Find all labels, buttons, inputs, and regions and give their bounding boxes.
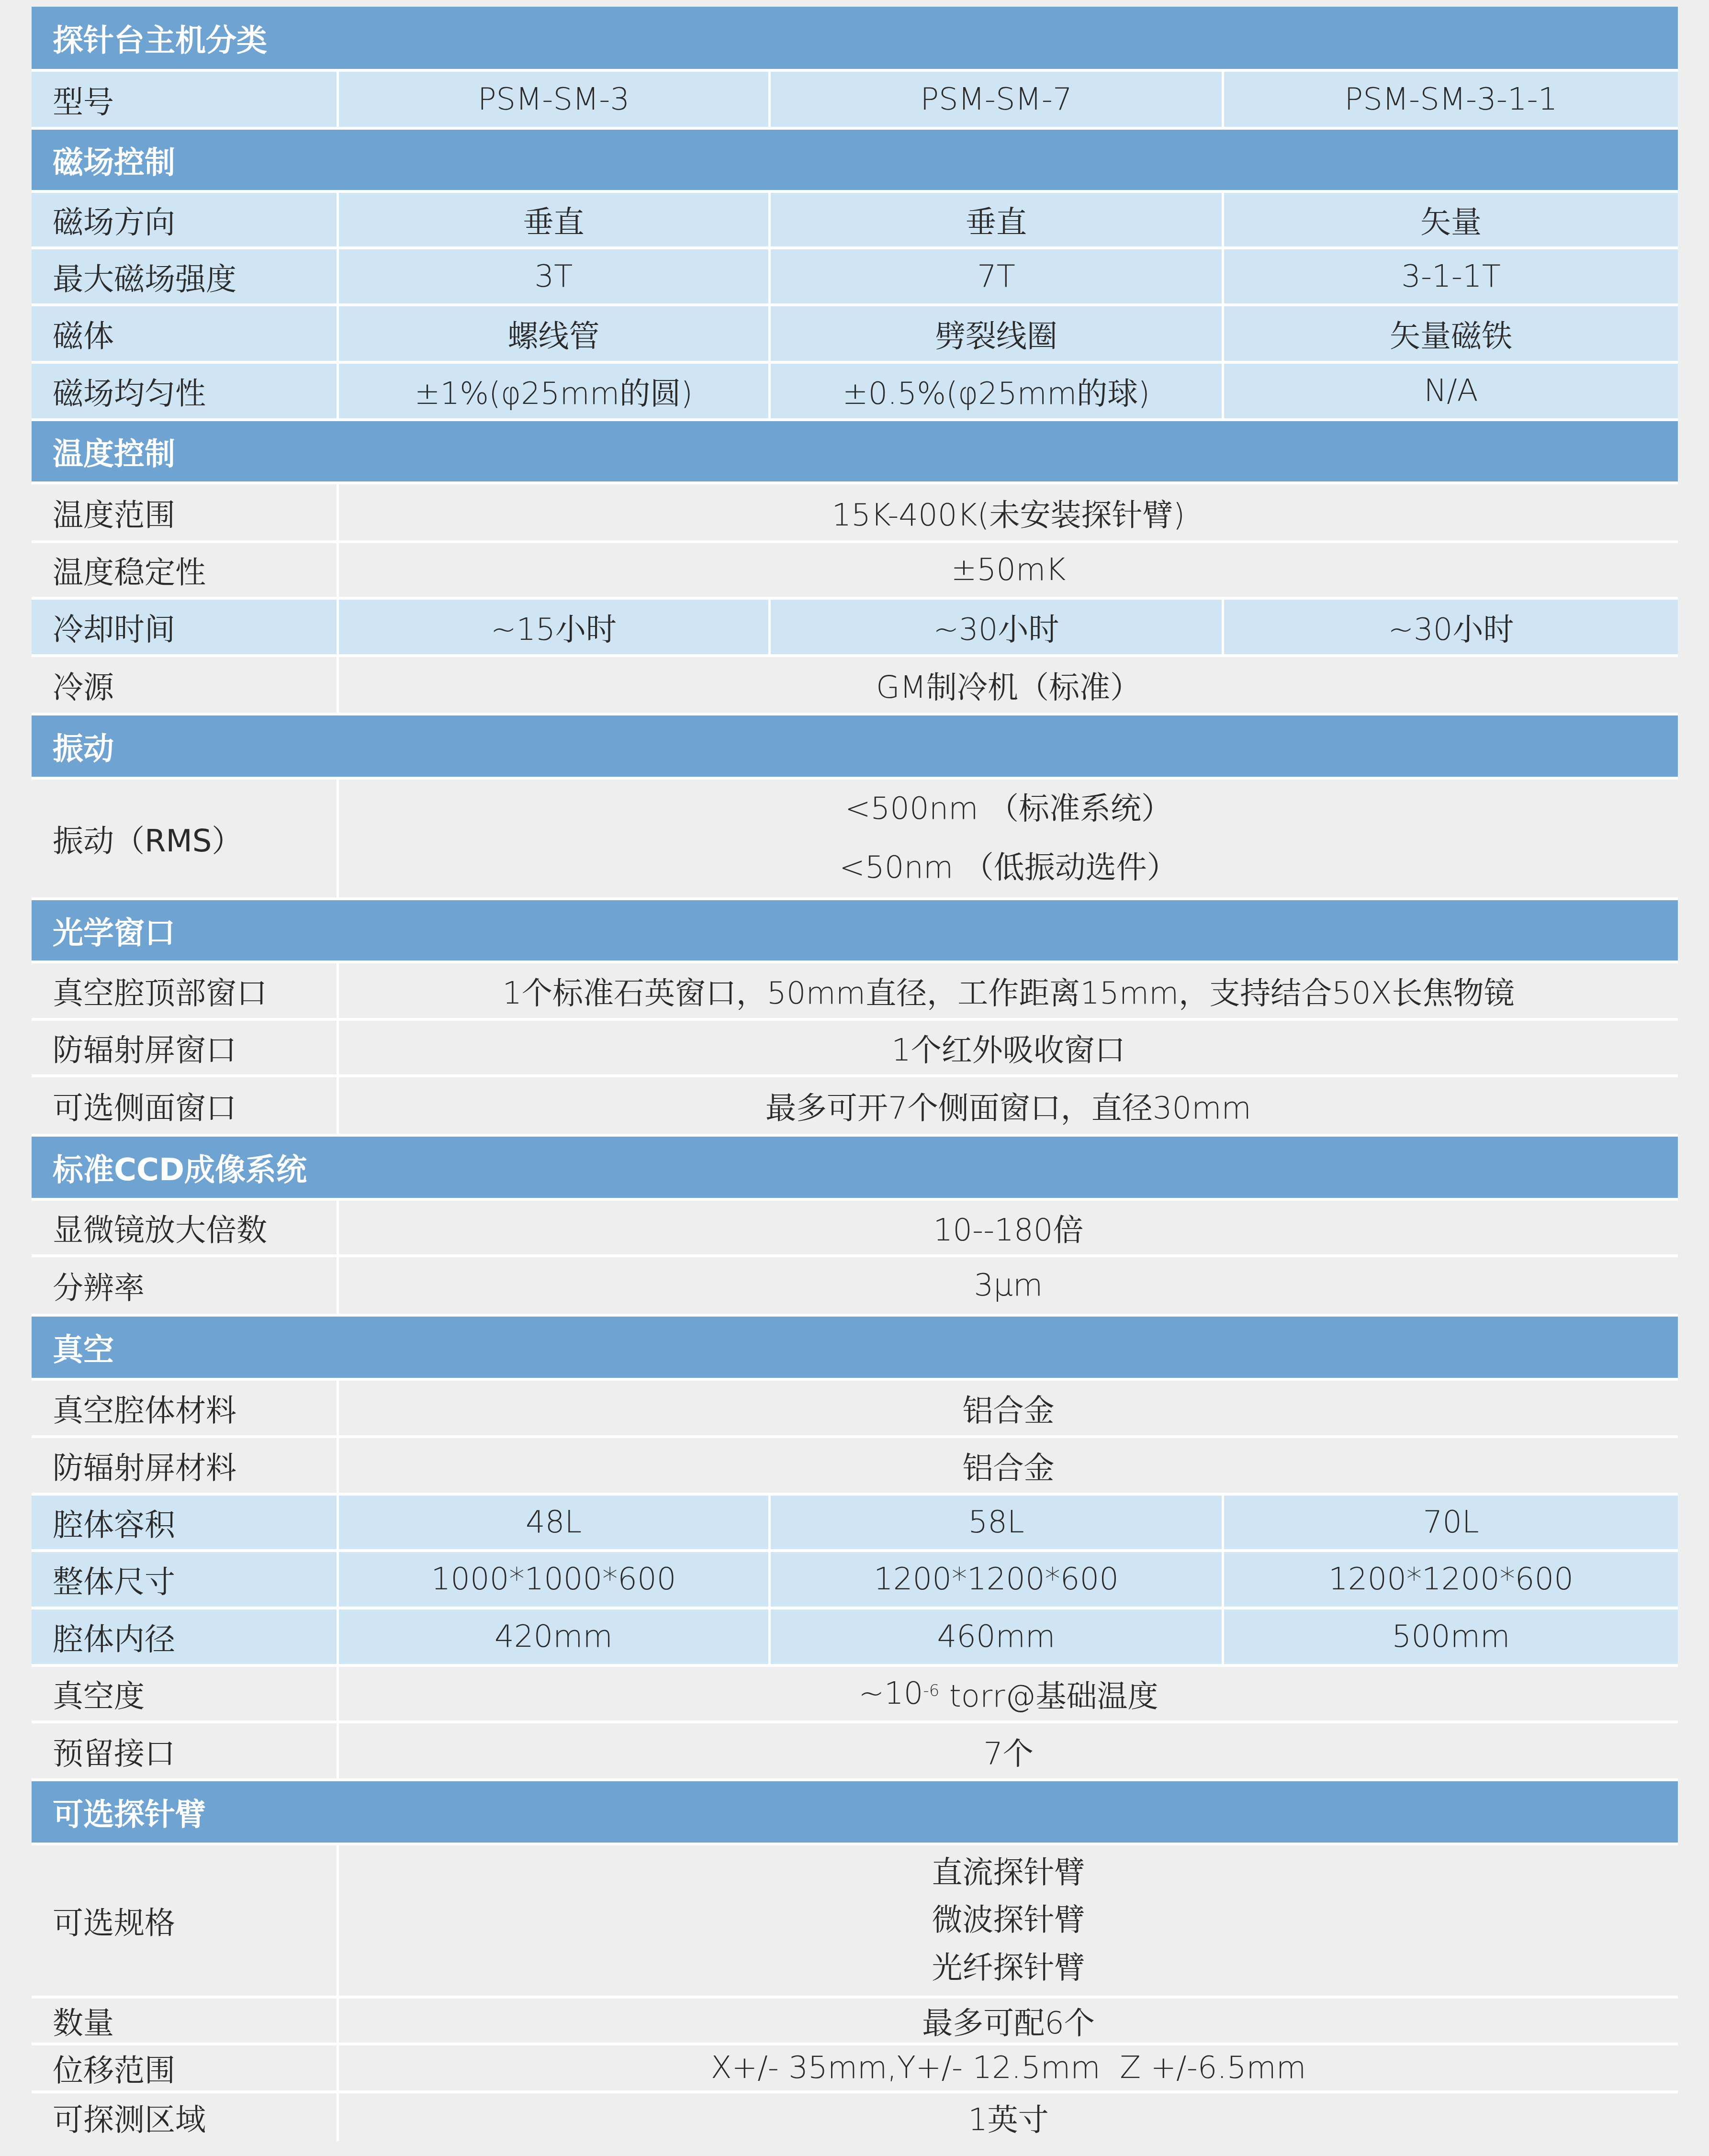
cell-line: <50nm （低振动选件） — [839, 844, 1177, 892]
section-title: 真空 — [53, 1325, 114, 1369]
row-label: 腔体容积 — [32, 1496, 339, 1549]
row-label: 位移范围 — [32, 2045, 339, 2090]
table-row-vacuum-level: 真空度 ~10-6 torr@基础温度 — [32, 1667, 1678, 1723]
cell: 15K-400K(未安装探针臂) — [339, 484, 1678, 540]
vacuum-prefix: ~10 — [858, 1676, 923, 1711]
section-header-probe-arm: 可选探针臂 — [32, 1781, 1678, 1845]
cell: 螺线管 — [339, 306, 771, 361]
table-row-vibration-rms: 振动（RMS） <500nm （标准系统） <50nm （低振动选件） — [32, 780, 1678, 900]
row-label: 数量 — [32, 1999, 339, 2043]
table-row-cooldown: 冷却时间 ~15小时 ~30小时 ~30小时 — [32, 600, 1678, 657]
table-row-quantity: 数量 最多可配6个 — [32, 1999, 1678, 2045]
row-label: 最大磁场强度 — [32, 249, 339, 303]
cell: 3μm — [339, 1257, 1678, 1314]
cell-line: 直流探针臂 — [932, 1849, 1085, 1897]
cell: 1200*1200*600 — [771, 1552, 1224, 1607]
cell: 500mm — [1224, 1609, 1678, 1664]
cell: <500nm （标准系统） <50nm （低振动选件） — [339, 780, 1678, 897]
cell: 劈裂线圈 — [771, 306, 1224, 361]
table-row-travel: 位移范围 X+/- 35mm,Y+/- 12.5mm Z +/-6.5mm — [32, 2045, 1678, 2093]
section-header-host: 探针台主机分类 — [32, 7, 1678, 72]
cell: 10--180倍 — [339, 1201, 1678, 1254]
table-row-side-window: 可选侧面窗口 最多可开7个侧面窗口，直径30mm — [32, 1077, 1678, 1137]
cell: ~30小时 — [1224, 600, 1678, 654]
table-row-dimensions: 整体尺寸 1000*1000*600 1200*1200*600 1200*12… — [32, 1552, 1678, 1609]
row-label: 防辐射屏窗口 — [32, 1021, 339, 1074]
section-title: 标准CCD成像系统 — [53, 1145, 307, 1189]
cell: 70L — [1224, 1496, 1678, 1549]
section-title: 温度控制 — [53, 429, 175, 473]
cell-model-2: PSM-SM-7 — [771, 72, 1224, 127]
row-label: 振动（RMS） — [32, 780, 339, 897]
cell-line: 光纤探针臂 — [932, 1944, 1085, 1992]
cell: 48L — [339, 1496, 771, 1549]
cell: ±50mK — [339, 543, 1678, 597]
cell: 7个 — [339, 1723, 1678, 1778]
row-label: 分辨率 — [32, 1257, 339, 1314]
cell: 3T — [339, 249, 771, 303]
table-row-cold-source: 冷源 GM制冷机（标准） — [32, 657, 1678, 715]
table-row-max-field: 最大磁场强度 3T 7T 3-1-1T — [32, 249, 1678, 306]
row-label: 腔体内径 — [32, 1609, 339, 1664]
section-header-optical: 光学窗口 — [32, 900, 1678, 963]
table-row-inner-diameter: 腔体内径 420mm 460mm 500mm — [32, 1609, 1678, 1667]
cell: 7T — [771, 249, 1224, 303]
section-header-temperature: 温度控制 — [32, 421, 1678, 484]
cell: ~10-6 torr@基础温度 — [339, 1667, 1678, 1720]
section-title: 可选探针臂 — [53, 1790, 206, 1834]
spec-table: 探针台主机分类 型号 PSM-SM-3 PSM-SM-7 PSM-SM-3-1-… — [32, 7, 1678, 2141]
row-label: 温度稳定性 — [32, 543, 339, 597]
cell: X+/- 35mm,Y+/- 12.5mm Z +/-6.5mm — [339, 2045, 1678, 2090]
section-title: 磁场控制 — [53, 138, 175, 182]
row-label: 可探测区域 — [32, 2093, 339, 2141]
cell: 最多可开7个侧面窗口，直径30mm — [339, 1077, 1678, 1134]
table-row-shield-material: 防辐射屏材料 铝合金 — [32, 1438, 1678, 1496]
cell: 垂直 — [339, 193, 771, 246]
table-row-probe-area: 可探测区域 1英寸 — [32, 2093, 1678, 2141]
cell: 3-1-1T — [1224, 249, 1678, 303]
cell: 1个标准石英窗口，50mm直径，工作距离15mm，支持结合50X长焦物镜 — [339, 963, 1678, 1018]
row-label: 显微镜放大倍数 — [32, 1201, 339, 1254]
cell: 58L — [771, 1496, 1224, 1549]
cell: 420mm — [339, 1609, 771, 1664]
cell: 矢量 — [1224, 193, 1678, 246]
cell: 460mm — [771, 1609, 1224, 1664]
section-title: 探针台主机分类 — [53, 16, 267, 60]
cell: ~15小时 — [339, 600, 771, 654]
vacuum-suffix: torr@基础温度 — [939, 1672, 1158, 1716]
table-row-top-window: 真空腔顶部窗口 1个标准石英窗口，50mm直径，工作距离15mm，支持结合50X… — [32, 963, 1678, 1021]
cell: ±0.5%(φ25mm的球) — [771, 364, 1224, 418]
cell: 最多可配6个 — [339, 1999, 1678, 2043]
cell: ±1%(φ25mm的圆) — [339, 364, 771, 418]
table-row-probe-specs: 可选规格 直流探针臂 微波探针臂 光纤探针臂 — [32, 1845, 1678, 1999]
row-label: 防辐射屏材料 — [32, 1438, 339, 1493]
table-row-chamber-material: 真空腔体材料 铝合金 — [32, 1381, 1678, 1438]
cell: 直流探针臂 微波探针臂 光纤探针臂 — [339, 1845, 1678, 1996]
row-label: 可选规格 — [32, 1845, 339, 1996]
row-label: 磁场方向 — [32, 193, 339, 246]
table-row-temp-range: 温度范围 15K-400K(未安装探针臂) — [32, 484, 1678, 543]
table-row-volume: 腔体容积 48L 58L 70L — [32, 1496, 1678, 1552]
table-row-temp-stability: 温度稳定性 ±50mK — [32, 543, 1678, 600]
section-header-vibration: 振动 — [32, 715, 1678, 780]
cell: 垂直 — [771, 193, 1224, 246]
table-row-magnification: 显微镜放大倍数 10--180倍 — [32, 1201, 1678, 1257]
section-header-vacuum: 真空 — [32, 1317, 1678, 1381]
table-row-resolution: 分辨率 3μm — [32, 1257, 1678, 1317]
cell: 1000*1000*600 — [339, 1552, 771, 1607]
cell: 铝合金 — [339, 1381, 1678, 1435]
table-row-ports: 预留接口 7个 — [32, 1723, 1678, 1781]
cell-model-3: PSM-SM-3-1-1 — [1224, 72, 1678, 127]
row-label: 真空度 — [32, 1667, 339, 1720]
cell-line: 微波探针臂 — [932, 1897, 1085, 1944]
section-header-magnetic: 磁场控制 — [32, 130, 1678, 193]
row-label: 磁体 — [32, 306, 339, 361]
row-label: 预留接口 — [32, 1723, 339, 1778]
row-label: 真空腔体材料 — [32, 1381, 339, 1435]
row-label: 冷却时间 — [32, 600, 339, 654]
row-label: 磁场均匀性 — [32, 364, 339, 418]
cell-line: <500nm （标准系统） — [845, 785, 1172, 833]
section-header-ccd: 标准CCD成像系统 — [32, 1137, 1678, 1201]
row-label: 真空腔顶部窗口 — [32, 963, 339, 1018]
row-label: 型号 — [32, 72, 339, 127]
vacuum-exponent: -6 — [923, 1681, 939, 1700]
table-row-magnet: 磁体 螺线管 劈裂线圈 矢量磁铁 — [32, 306, 1678, 364]
table-row-model: 型号 PSM-SM-3 PSM-SM-7 PSM-SM-3-1-1 — [32, 72, 1678, 130]
cell: GM制冷机（标准） — [339, 657, 1678, 713]
cell-model-1: PSM-SM-3 — [339, 72, 771, 127]
section-title: 振动 — [53, 724, 114, 768]
row-label: 整体尺寸 — [32, 1552, 339, 1607]
row-label: 可选侧面窗口 — [32, 1077, 339, 1134]
table-row-uniformity: 磁场均匀性 ±1%(φ25mm的圆) ±0.5%(φ25mm的球) N/A — [32, 364, 1678, 421]
cell: 矢量磁铁 — [1224, 306, 1678, 361]
cell: 铝合金 — [339, 1438, 1678, 1493]
section-title: 光学窗口 — [53, 908, 175, 952]
cell: 1200*1200*600 — [1224, 1552, 1678, 1607]
cell: ~30小时 — [771, 600, 1224, 654]
row-label: 冷源 — [32, 657, 339, 713]
cell: 1英寸 — [339, 2093, 1678, 2141]
table-row-shield-window: 防辐射屏窗口 1个红外吸收窗口 — [32, 1021, 1678, 1077]
cell: 1个红外吸收窗口 — [339, 1021, 1678, 1074]
cell: N/A — [1224, 364, 1678, 418]
table-row-direction: 磁场方向 垂直 垂直 矢量 — [32, 193, 1678, 249]
row-label: 温度范围 — [32, 484, 339, 540]
